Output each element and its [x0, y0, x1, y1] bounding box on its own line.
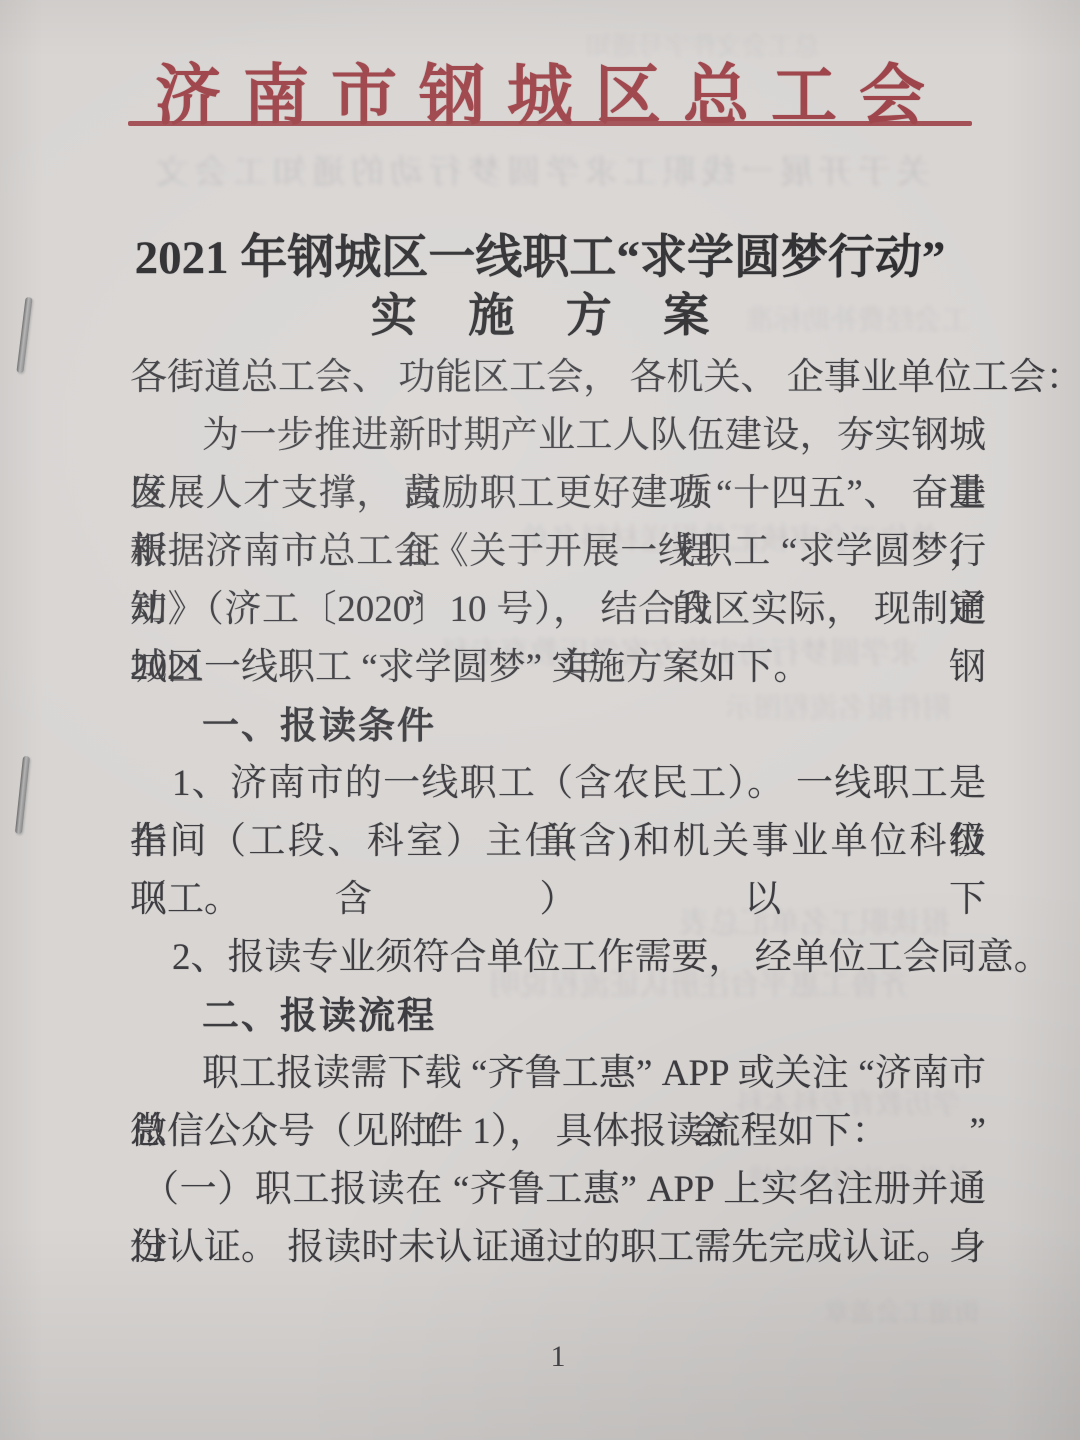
body-line: 车间（工段、科室）主任(含)和机关事业单位科级（含）以下 — [130, 813, 986, 871]
body-line: 发展人才支撑， 鼓励职工更好建功 “十四五”、 奋进新征程， — [130, 465, 986, 523]
body-line: 微信公众号（见附件 1）， 具体报读流程如下： — [130, 1103, 986, 1161]
document-body: 各街道总工会、 功能区工会， 各机关、 企事业单位工会：为一步推进新时期产业工人… — [130, 349, 986, 1277]
document-title-line1: 2021 年钢城区一线职工“求学圆梦行动” — [0, 220, 1080, 287]
document-title-line2: 实 施 方 案 — [0, 279, 1080, 345]
section-heading: 二、报读流程 — [130, 987, 986, 1045]
document-page: 总工会文件字号通知关于开展一线职工求学圆梦行动的通知工会文工会经费补助标准单位工… — [0, 0, 1080, 1440]
bleedthrough-text: 关于开展一线职工求学圆梦行动的通知工会文 — [150, 146, 930, 193]
body-line: 为一步推进新时期产业工人队伍建设，夯实钢城区高质量 — [130, 407, 986, 465]
body-line: 知》（济工〔2020〕10 号）， 结合我区实际， 现制定 2021 年钢 — [130, 581, 986, 639]
staple-icon — [15, 756, 30, 834]
body-line: （一）职工报读在 “齐鲁工惠” APP 上实名注册并通过身 — [130, 1161, 986, 1219]
page-number: 1 — [130, 1340, 986, 1374]
body-line: 份认证。 报读时未认证通过的职工需先完成认证。 — [130, 1219, 986, 1277]
section-heading: 一、报读条件 — [130, 697, 986, 755]
body-line: 各街道总工会、 功能区工会， 各机关、 企事业单位工会： — [130, 349, 986, 407]
bleedthrough-text: 街道工会盖章 — [640, 1292, 980, 1329]
body-line: 2、报读专业须符合单位工作需要， 经单位工会同意。 — [130, 929, 986, 987]
body-line: 根据济南市总工会《关于开展一线职工 “求学圆梦行动” 的通 — [130, 523, 986, 581]
letterhead-underline — [128, 121, 972, 126]
body-line: 职工报读需下载 “齐鲁工惠” APP 或关注 “济南市总工会” — [130, 1045, 986, 1103]
body-line: 1、济南市的一线职工（含农民工）。 一线职工是指单位 — [130, 755, 986, 813]
